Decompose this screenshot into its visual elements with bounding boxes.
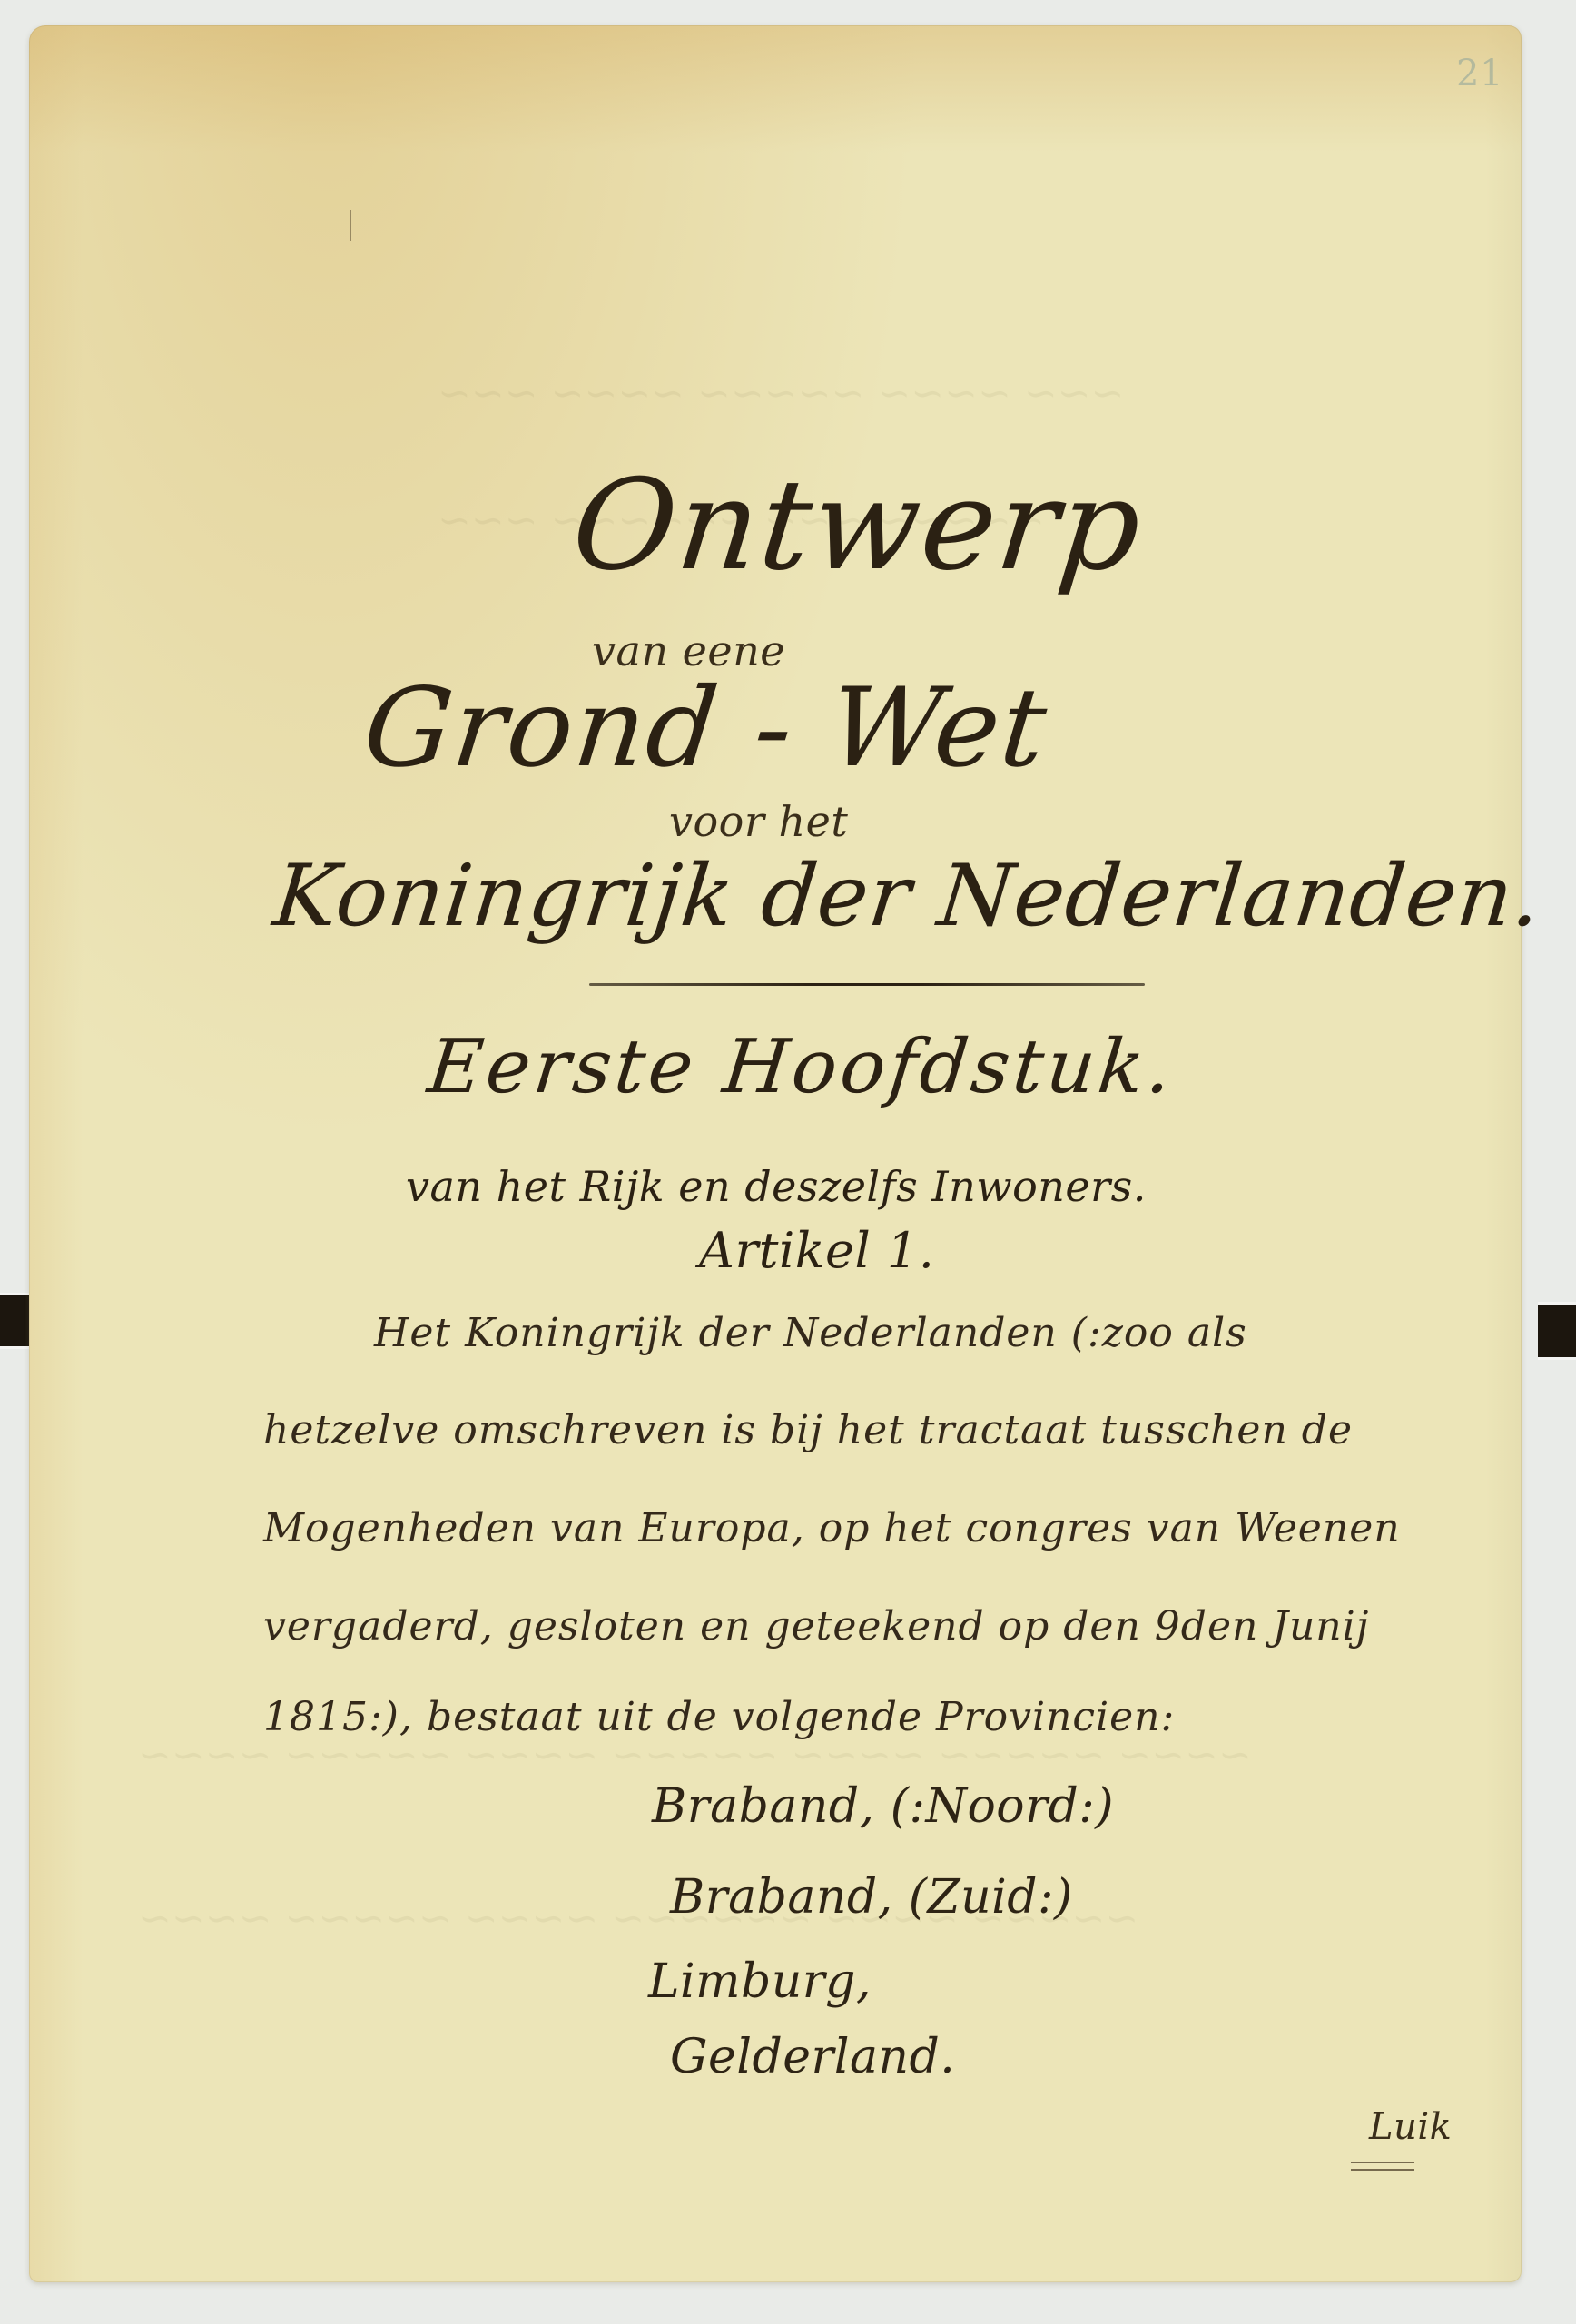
chapter-title: Eerste Hoofdstuk. — [424, 1024, 1179, 1110]
title-ontwerp: Ontwerp — [566, 452, 1149, 598]
province-item: Gelderland. — [670, 2030, 955, 2084]
province-item: Limburg, — [648, 1955, 872, 2009]
province-item: Braband, (Zuid:) — [670, 1870, 1073, 1925]
catchword: Luik — [1369, 2106, 1452, 2148]
article-body-line: Het Koningrijk der Nederlanden (:zoo als — [374, 1310, 1247, 1356]
province-item: Braband, (:Noord:) — [652, 1779, 1114, 1834]
title-divider-rule — [589, 983, 1145, 986]
article-heading: Artikel 1. — [699, 1222, 934, 1279]
chapter-subtitle: van het Rijk en deszelfs Inwoners. — [406, 1162, 1147, 1211]
article-body-line: 1815:), bestaat uit de volgende Provinci… — [263, 1694, 1175, 1740]
manuscript-page: ~~~ ~~~~ ~~~~~ ~~~~ ~~~ ~~~~~ ~~~ ~~~~~~… — [29, 25, 1522, 2282]
article-body-line: vergaderd, gesloten en geteekend op den … — [263, 1603, 1369, 1649]
article-body-line: hetzelve omschreven is bij het tractaat … — [263, 1407, 1353, 1453]
article-body-line: Mogenheden van Europa, op het congres va… — [263, 1505, 1401, 1551]
right-clip-tab — [1538, 1302, 1576, 1360]
catchword-underline — [1351, 2162, 1414, 2171]
margin-mark — [350, 210, 351, 241]
title-grond-wet: Grond - Wet — [359, 665, 1054, 792]
bleed-through-text: ~~~ ~~~~ ~~~~~ ~~~~ ~~~ — [438, 370, 1124, 417]
title-connector-voor-het: voor het — [669, 797, 848, 846]
title-koningrijk: Koningrijk der Nederlanden. — [269, 847, 1546, 946]
page-number: 21 — [1456, 53, 1503, 94]
